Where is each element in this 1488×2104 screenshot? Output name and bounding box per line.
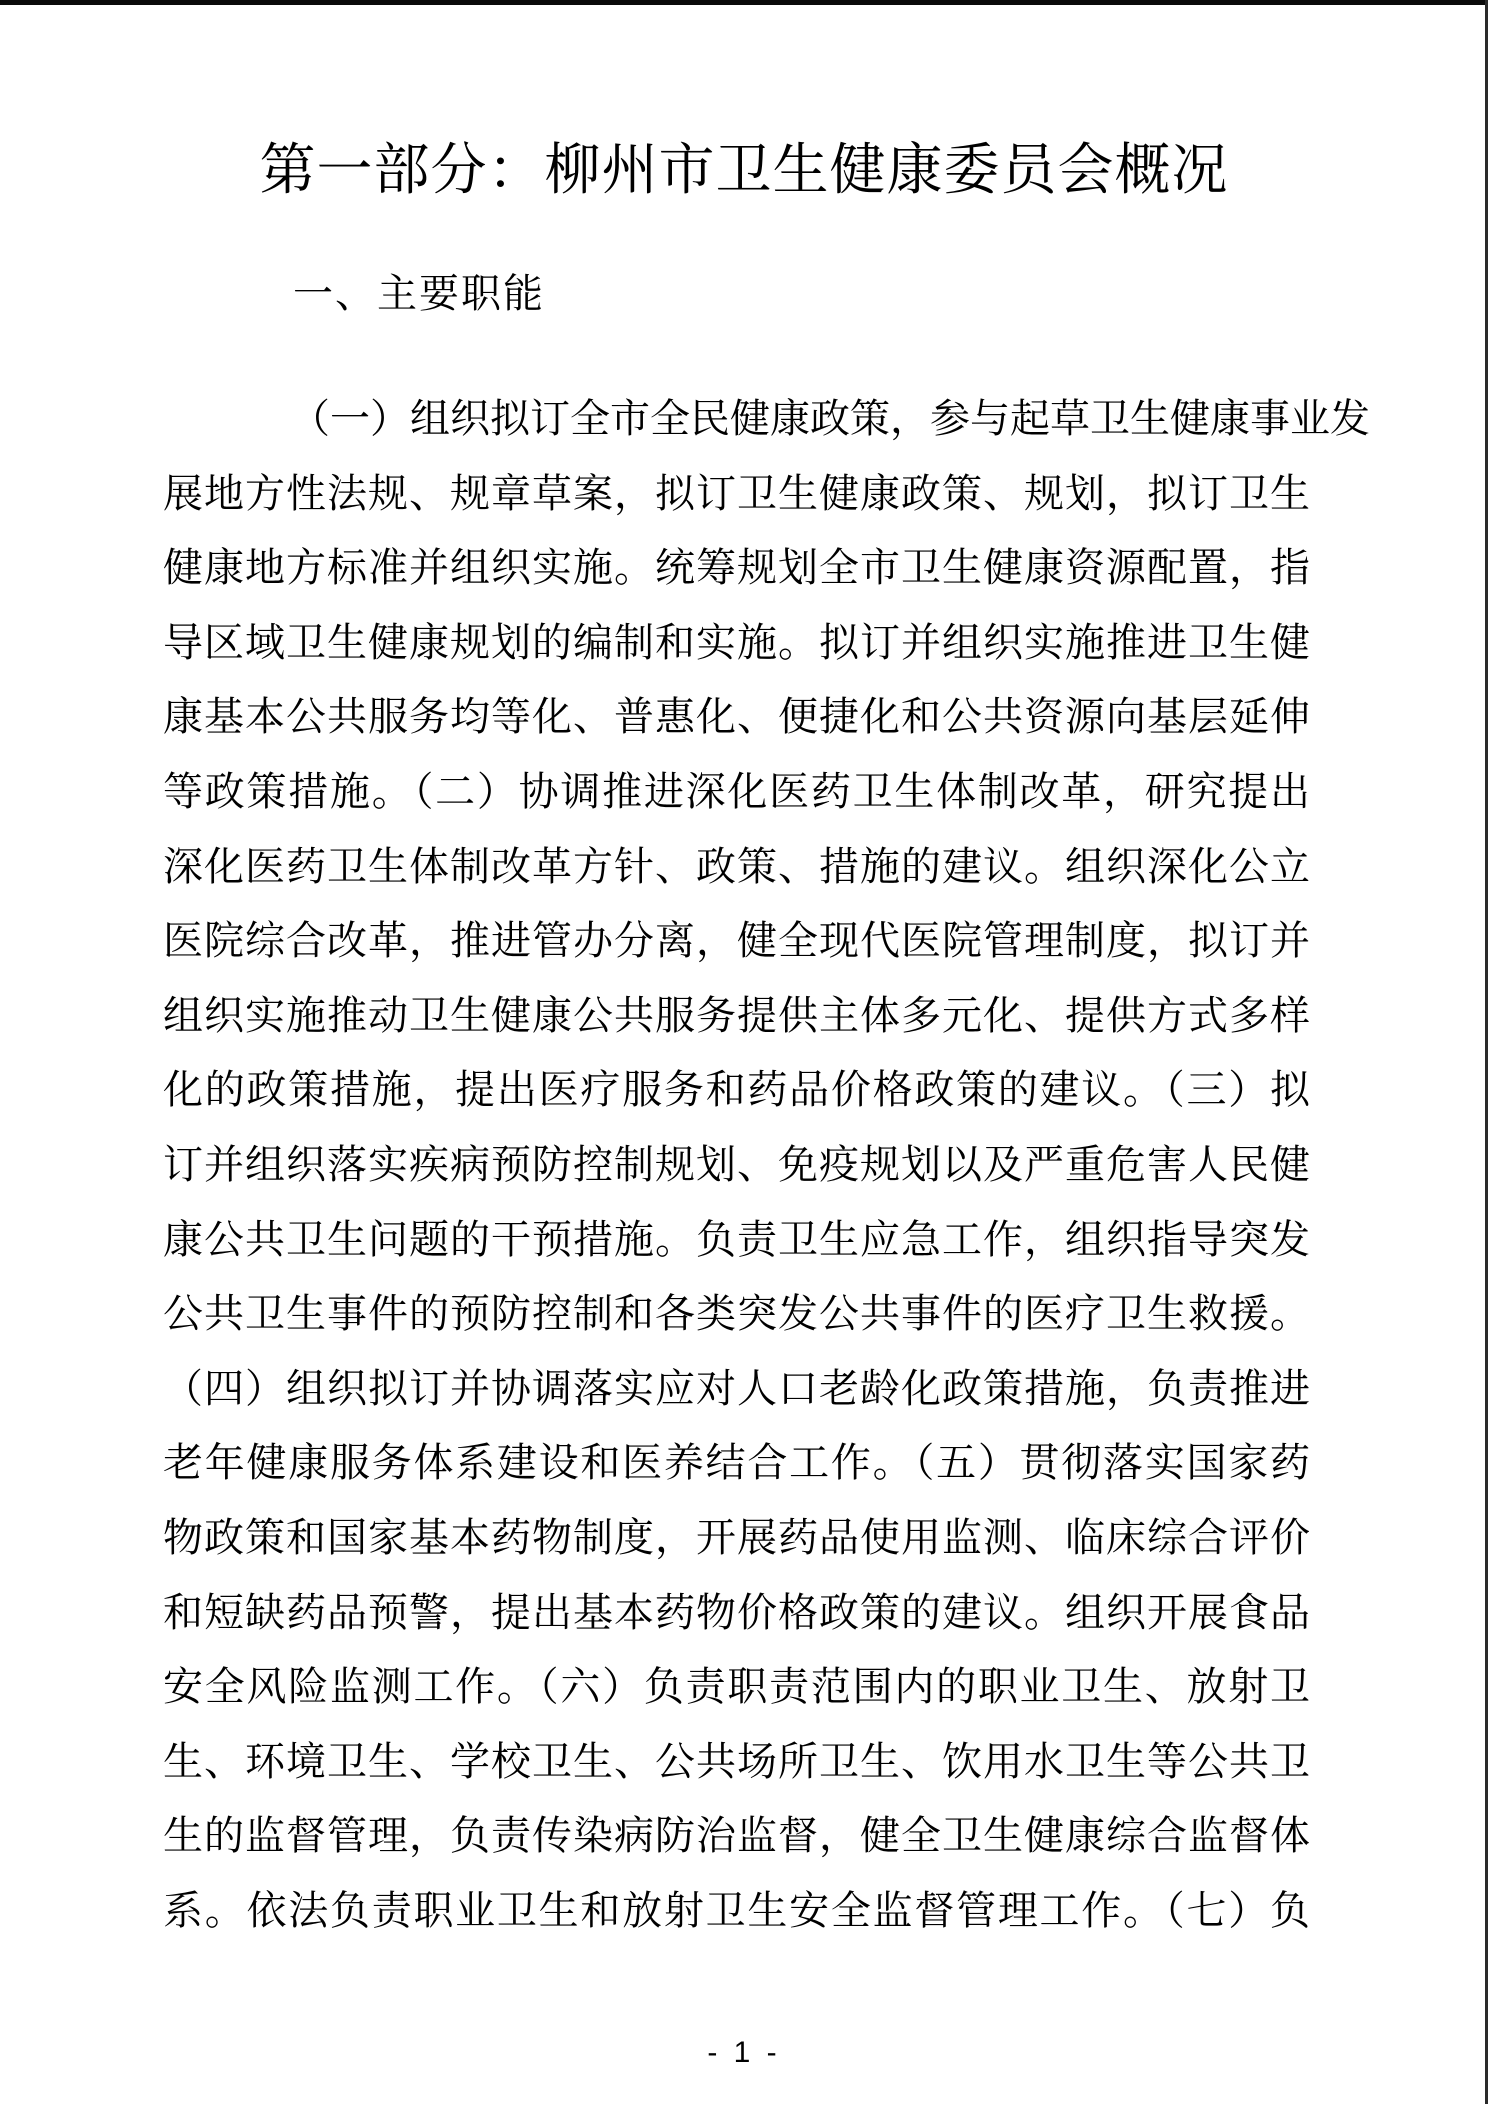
body-text-line: 康公共卫生问题的干预措施。负责卫生应急工作，组织指导突发 [163,1203,1310,1278]
section-heading: 一、主要职能 [0,268,1488,320]
body-paragraph: （一）组织拟订全市全民健康政策，参与起草卫生健康事业发展地方性法规、规章草案，拟… [163,382,1310,1948]
body-text-line: （一）组织拟订全市全民健康政策，参与起草卫生健康事业发 [163,382,1310,457]
document-title: 第一部分：柳州市卫生健康委员会概况 [0,138,1488,202]
body-text-line: 展地方性法规、规章草案，拟订卫生健康政策、规划，拟订卫生 [163,457,1310,532]
body-text-line: 安全风险监测工作。（六）负责职责范围内的职业卫生、放射卫 [163,1650,1310,1725]
body-text-line: 导区域卫生健康规划的编制和实施。拟订并组织实施推进卫生健 [163,606,1310,681]
body-text-line: 公共卫生事件的预防控制和各类突发公共事件的医疗卫生救援。 [163,1277,1310,1352]
body-text-line: 深化医药卫生体制改革方针、政策、措施的建议。组织深化公立 [163,830,1310,905]
body-text-line: 康基本公共服务均等化、普惠化、便捷化和公共资源向基层延伸 [163,680,1310,755]
body-text-line: 系。依法负责职业卫生和放射卫生安全监督管理工作。（七）负 [163,1874,1310,1949]
body-text-line: 等政策措施。（二）协调推进深化医药卫生体制改革，研究提出 [163,755,1310,830]
body-text-line: 老年健康服务体系建设和医养结合工作。（五）贯彻落实国家药 [163,1426,1310,1501]
body-text-line: 物政策和国家基本药物制度，开展药品使用监测、临床综合评价 [163,1501,1310,1576]
page-number: - 1 - [0,2036,1488,2070]
body-text-line: 和短缺药品预警，提出基本药物价格政策的建议。组织开展食品 [163,1576,1310,1651]
body-text-line: 医院综合改革，推进管办分离，健全现代医院管理制度，拟订并 [163,904,1310,979]
scan-edge-top [0,0,1488,5]
body-text-line: 生的监督管理，负责传染病防治监督，健全卫生健康综合监督体 [163,1799,1310,1874]
document-page: 第一部分：柳州市卫生健康委员会概况 一、主要职能 （一）组织拟订全市全民健康政策… [0,0,1488,2104]
body-text-line: （四）组织拟订并协调落实应对人口老龄化政策措施，负责推进 [163,1352,1310,1427]
body-text-line: 健康地方标准并组织实施。统筹规划全市卫生健康资源配置，指 [163,531,1310,606]
body-text-line: 订并组织落实疾病预防控制规划、免疫规划以及严重危害人民健 [163,1128,1310,1203]
body-text-line: 化的政策措施，提出医疗服务和药品价格政策的建议。（三）拟 [163,1053,1310,1128]
body-text-line: 生、环境卫生、学校卫生、公共场所卫生、饮用水卫生等公共卫 [163,1725,1310,1800]
body-text-line: 组织实施推动卫生健康公共服务提供主体多元化、提供方式多样 [163,979,1310,1054]
